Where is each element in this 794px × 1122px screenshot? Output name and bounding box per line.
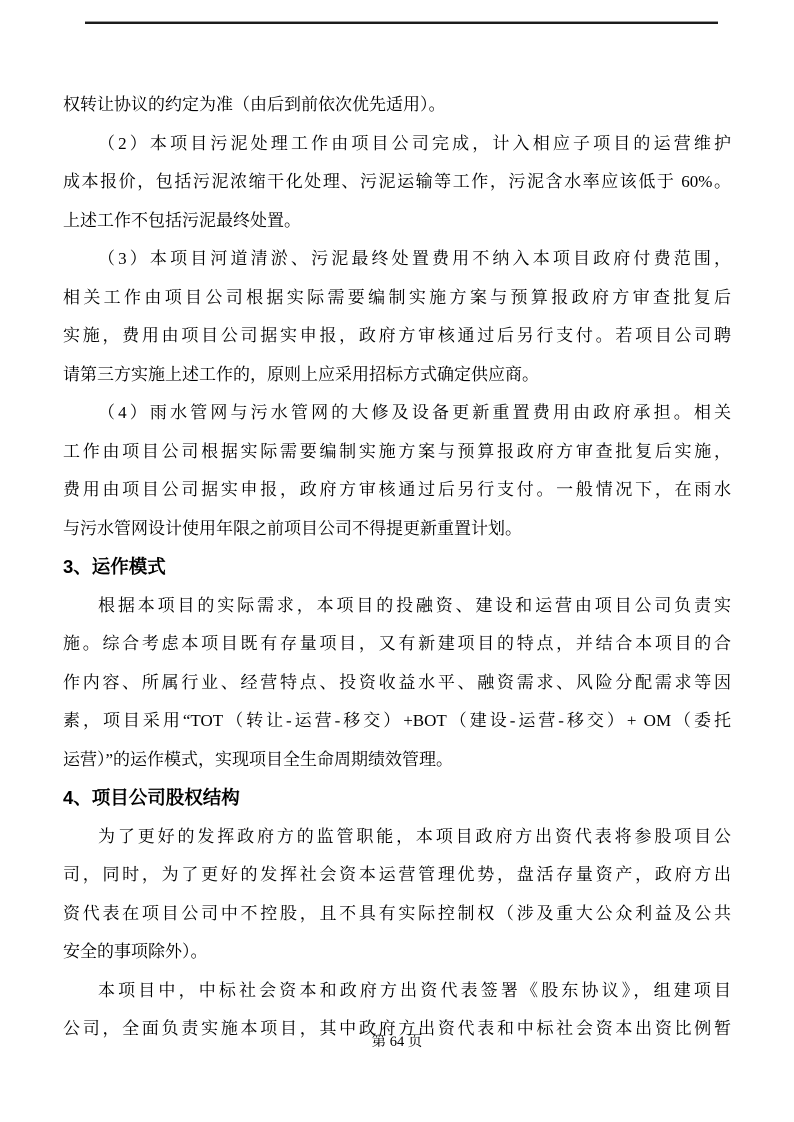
section-heading: 4、项目公司股权结构	[63, 779, 731, 818]
document-body: 权转让协议的约定为准（由后到前依次优先适用）。（2）本项目污泥处理工作由项目公司…	[63, 86, 731, 1049]
paragraph-line: 司，同时，为了更好的发挥社会资本运营管理优势，盘活存量资产，政府方出	[63, 856, 731, 895]
paragraph-line: 成本报价，包括污泥浓缩干化处理、污泥运输等工作，污泥含水率应该低于 60%。	[63, 163, 731, 202]
paragraph-line: 费用由项目公司据实申报，政府方审核通过后另行支付。一般情况下，在雨水	[63, 471, 731, 510]
paragraph-line: 为了更好的发挥政府方的监管职能，本项目政府方出资代表将参股项目公	[63, 818, 731, 857]
paragraph-line: 素，项目采用“TOT（转让-运营-移交）+BOT（建设-运营-移交）+ OM（委…	[63, 702, 731, 741]
paragraph-line: 安全的事项除外）。	[63, 933, 731, 972]
paragraph-line: 与污水管网设计使用年限之前项目公司不得提更新重置计划。	[63, 510, 731, 549]
section-heading: 3、运作模式	[63, 548, 731, 587]
paragraph-line: （3）本项目河道清淤、污泥最终处置费用不纳入本项目政府付费范围，	[63, 240, 731, 279]
paragraph-line: 权转让协议的约定为准（由后到前依次优先适用）。	[63, 86, 731, 125]
paragraph-line: 作内容、所属行业、经营特点、投资收益水平、融资需求、风险分配需求等因	[63, 664, 731, 703]
paragraph-line: 相关工作由项目公司根据实际需要编制实施方案与预算报政府方审查批复后	[63, 279, 731, 318]
paragraph-line: 施。综合考虑本项目既有存量项目，又有新建项目的特点，并结合本项目的合	[63, 625, 731, 664]
page-footer: 第 64 页	[0, 1030, 794, 1051]
paragraph-line: 实施，费用由项目公司据实申报，政府方审核通过后另行支付。若项目公司聘	[63, 317, 731, 356]
paragraph-line: 请第三方实施上述工作的，原则上应采用招标方式确定供应商。	[63, 356, 731, 395]
document-page: 权转让协议的约定为准（由后到前依次优先适用）。（2）本项目污泥处理工作由项目公司…	[0, 0, 794, 1122]
paragraph-line: （2）本项目污泥处理工作由项目公司完成，计入相应子项目的运营维护	[63, 125, 731, 164]
paragraph-line: 上述工作不包括污泥最终处置。	[63, 202, 731, 241]
page-number: 第 64 页	[372, 1034, 423, 1050]
paragraph-line: 本项目中，中标社会资本和政府方出资代表签署《股东协议》，组建项目	[63, 972, 731, 1011]
paragraph-line: 运营）”的运作模式，实现项目全生命周期绩效管理。	[63, 741, 731, 780]
paragraph-line: 资代表在项目公司中不控股，且不具有实际控制权（涉及重大公众利益及公共	[63, 895, 731, 934]
paragraph-line: （4）雨水管网与污水管网的大修及设备更新重置费用由政府承担。相关	[63, 394, 731, 433]
paragraph-line: 根据本项目的实际需求，本项目的投融资、建设和运营由项目公司负责实	[63, 587, 731, 626]
paragraph-line: 工作由项目公司根据实际需要编制实施方案与预算报政府方审查批复后实施，	[63, 433, 731, 472]
header-rule	[85, 21, 718, 24]
